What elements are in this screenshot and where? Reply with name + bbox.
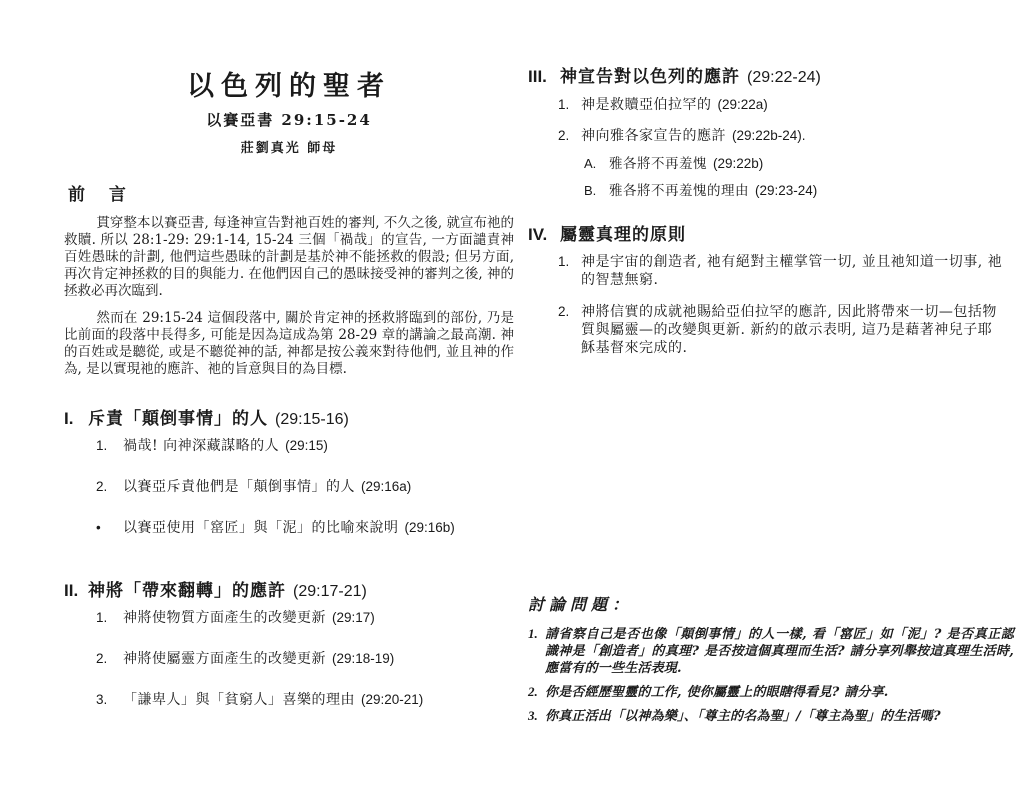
section-iii: III. 神宣告對以色列的應許 (29:22-24) 1. 神是救贖亞伯拉罕的 … [528, 62, 1006, 200]
subitem-marker: A. [584, 155, 609, 172]
outline-item: 2. 以賽亞斥責他們是「顛倒事情」的人 (29:16a) [96, 477, 514, 497]
discussion-heading: 討論問題： [528, 592, 1014, 615]
outline-item: 2. 神將使屬靈方面產生的改變更新 (29:18-19) [96, 649, 514, 669]
subitem-text: 雅各將不再羞愧的理由 [609, 183, 749, 200]
preface-heading: 前 言 [68, 180, 514, 205]
item-marker: 1. [558, 253, 581, 271]
subitem-verse-ref: (29:22b) [713, 155, 763, 172]
item-text: 神將使屬靈方面產生的改變更新 [123, 650, 326, 669]
preface-paragraph-1: 貫穿整本以賽亞書, 每逢神宣告對祂百姓的審判, 不久之後, 就宣布祂的救贖. 所… [64, 215, 514, 300]
section-i-heading: I. 斥責「顛倒事情」的人 (29:15-16) [64, 404, 514, 429]
item-text: 「謙卑人」與「貧窮人」喜樂的理由 [123, 691, 355, 710]
outline-item: 1. 神是宇宙的創造者, 祂有絕對主權掌管一切, 並且祂知道一切事, 祂的智慧無… [558, 253, 1006, 289]
discussion-block: 討論問題： 1. 請省察自己是否也像「顛倒事情」的人一樣, 看「窰匠」如「泥」?… [528, 592, 1014, 725]
section-iii-heading: III. 神宣告對以色列的應許 (29:22-24) [528, 62, 1006, 87]
item-verse-ref: (29:22b-24). [732, 126, 806, 145]
question-text: 你真正活出「以神為樂」、「尊主的名為聖」/「尊主為聖」的生活嗎? [545, 708, 941, 725]
outline-subitem: B. 雅各將不再羞愧的理由 (29:23-24) [584, 182, 1006, 200]
item-marker: 2. [558, 303, 581, 321]
question-text: 你是否經歷聖靈的工作, 使你屬靈上的眼瞎得看見? 請分享. [545, 684, 889, 701]
section-title: 屬靈真理的原則 [560, 220, 686, 245]
item-marker: 1. [96, 608, 123, 627]
question-text: 請省察自己是否也像「顛倒事情」的人一樣, 看「窰匠」如「泥」? 是否真正認識神是… [545, 626, 1014, 677]
section-numeral: I. [64, 409, 88, 429]
item-text: 神將使物質方面產生的改變更新 [123, 609, 326, 628]
item-marker: 1. [558, 95, 581, 114]
section-verse-ref: (29:15-16) [275, 411, 349, 429]
outline-subitem: A. 雅各將不再羞愧 (29:22b) [584, 155, 1006, 173]
section-title: 斥責「顛倒事情」的人 [88, 404, 268, 429]
item-verse-ref: (29:20-21) [361, 690, 423, 709]
item-text: 神向雅各家宣告的應許 [581, 127, 726, 146]
discussion-question: 3. 你真正活出「以神為樂」、「尊主的名為聖」/「尊主為聖」的生活嗎? [528, 707, 1014, 725]
item-text: 以賽亞使用「窰匠」與「泥」的比喻來說明 [123, 519, 399, 538]
page-title: 以色列的聖者 [64, 70, 514, 104]
outline-item: 2. 神將信實的成就祂賜給亞伯拉罕的應許, 因此將帶來一切—包括物質與屬靈—的改… [558, 303, 1006, 357]
outline-item: 1. 神將使物質方面產生的改變更新 (29:17) [96, 608, 514, 628]
question-marker: 1. [528, 625, 545, 642]
item-verse-ref: (29:22a) [718, 95, 768, 114]
item-text: 以賽亞斥責他們是「顛倒事情」的人 [123, 478, 355, 497]
item-verse-ref: (29:18-19) [332, 649, 394, 668]
preface-paragraph-2: 然而在 29:15-24 這個段落中, 關於肯定神的拯救將臨到的部份, 乃是比前… [64, 310, 514, 378]
question-marker: 3. [528, 707, 545, 724]
section-iv: IV. 屬靈真理的原則 1. 神是宇宙的創造者, 祂有絕對主權掌管一切, 並且祂… [528, 220, 1006, 357]
item-marker: 2. [558, 126, 581, 145]
outline-item-bullet: • 以賽亞使用「窰匠」與「泥」的比喻來說明 (29:16b) [96, 518, 514, 538]
item-text: 禍哉! 向神深藏謀略的人 [123, 437, 279, 456]
scripture-reference: 以賽亞書 29:15-24 [64, 109, 514, 130]
section-iv-heading: IV. 屬靈真理的原則 [528, 220, 1006, 245]
document-page: 以色列的聖者 以賽亞書 29:15-24 莊劉真光 師母 前 言 貫穿整本以賽亞… [0, 0, 1024, 791]
subitem-text: 雅各將不再羞愧 [609, 156, 707, 173]
bullet-icon: • [96, 518, 123, 537]
item-text: 神是宇宙的創造者, 祂有絕對主權掌管一切, 並且祂知道一切事, 祂的智慧無窮. [581, 253, 1006, 289]
section-numeral: IV. [528, 225, 560, 245]
outline-item: 1. 禍哉! 向神深藏謀略的人 (29:15) [96, 436, 514, 456]
item-text: 神是救贖亞伯拉罕的 [581, 96, 712, 115]
title-block: 以色列的聖者 以賽亞書 29:15-24 莊劉真光 師母 [64, 70, 514, 156]
subitem-verse-ref: (29:23-24) [755, 182, 817, 199]
section-ii: II. 神將「帶來翻轉」的應許 (29:17-21) 1. 神將使物質方面產生的… [64, 576, 514, 710]
section-title: 神將「帶來翻轉」的應許 [88, 576, 286, 601]
right-column: III. 神宣告對以色列的應許 (29:22-24) 1. 神是救贖亞伯拉罕的 … [528, 62, 1006, 357]
item-text: 神將信實的成就祂賜給亞伯拉罕的應許, 因此將帶來一切—包括物質與屬靈—的改變與更… [581, 303, 1006, 357]
outline-item: 2. 神向雅各家宣告的應許 (29:22b-24). [558, 126, 1006, 146]
discussion-question: 2. 你是否經歷聖靈的工作, 使你屬靈上的眼瞎得看見? 請分享. [528, 683, 1014, 701]
item-marker: 3. [96, 690, 123, 709]
discussion-question: 1. 請省察自己是否也像「顛倒事情」的人一樣, 看「窰匠」如「泥」? 是否真正認… [528, 625, 1014, 677]
item-verse-ref: (29:15) [285, 436, 328, 455]
outline-item: 3. 「謙卑人」與「貧窮人」喜樂的理由 (29:20-21) [96, 690, 514, 710]
outline-item: 1. 神是救贖亞伯拉罕的 (29:22a) [558, 95, 1006, 115]
item-verse-ref: (29:16b) [405, 518, 455, 537]
section-verse-ref: (29:22-24) [747, 69, 821, 87]
section-verse-ref: (29:17-21) [293, 583, 367, 601]
author-name: 莊劉真光 師母 [64, 137, 514, 156]
question-marker: 2. [528, 683, 545, 700]
section-ii-heading: II. 神將「帶來翻轉」的應許 (29:17-21) [64, 576, 514, 601]
item-marker: 2. [96, 477, 123, 496]
section-title: 神宣告對以色列的應許 [560, 62, 740, 87]
section-numeral: II. [64, 581, 88, 601]
item-marker: 2. [96, 649, 123, 668]
item-verse-ref: (29:17) [332, 608, 375, 627]
section-numeral: III. [528, 67, 560, 87]
left-column: 以色列的聖者 以賽亞書 29:15-24 莊劉真光 師母 前 言 貫穿整本以賽亞… [64, 70, 514, 710]
item-marker: 1. [96, 436, 123, 455]
section-i: I. 斥責「顛倒事情」的人 (29:15-16) 1. 禍哉! 向神深藏謀略的人… [64, 404, 514, 538]
item-verse-ref: (29:16a) [361, 477, 411, 496]
subitem-marker: B. [584, 182, 609, 199]
